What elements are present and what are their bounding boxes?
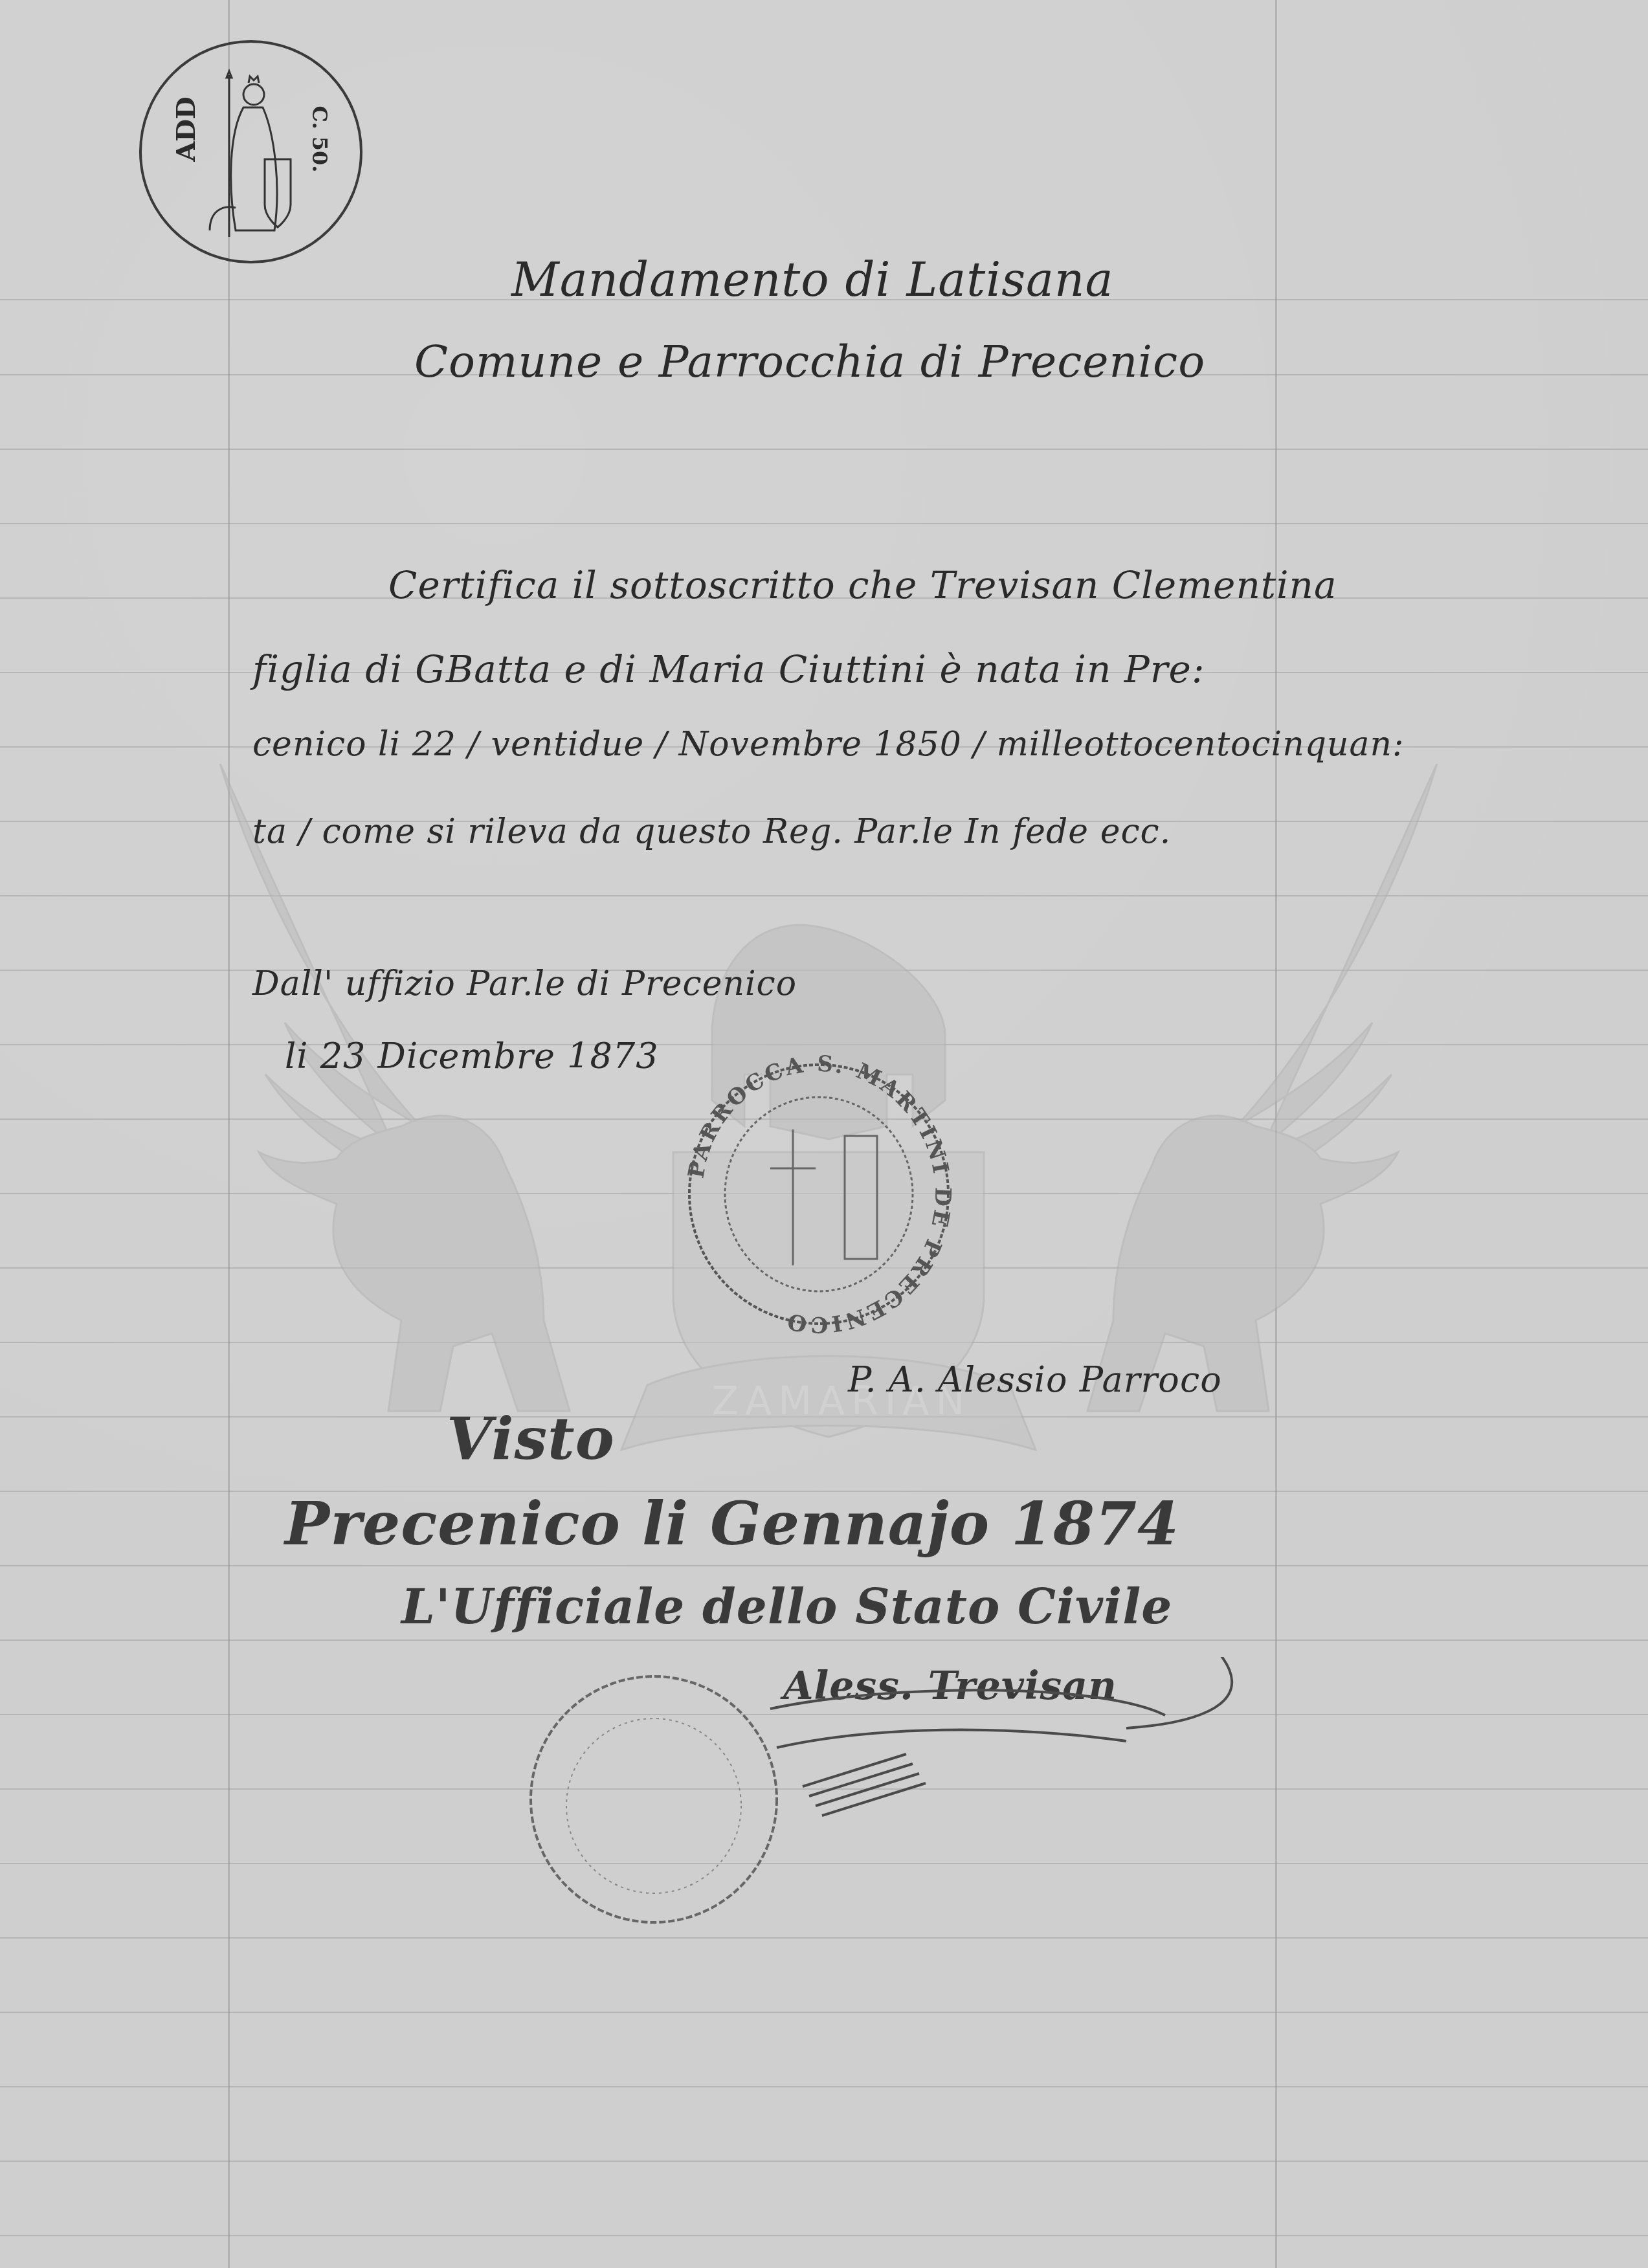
- revenue-stamp: ADD C. 50.: [139, 40, 362, 263]
- signature-flourish-icon: [764, 1657, 1282, 1851]
- civil-registry-stamp-icon: [511, 1670, 796, 1929]
- body-line-3: cenico li 22 / ventidue / Novembre 1850 …: [252, 725, 1404, 764]
- visto-place-date: Precenico li Gennajo 1874: [285, 1489, 1179, 1559]
- body-line-4: ta / come si rileva da questo Reg. Par.l…: [252, 812, 1171, 851]
- header-mandamento: Mandamento di Latisana: [511, 252, 1113, 307]
- parish-seal-icon: PARROCCA S. MARTINI DE PRECENICO: [663, 1052, 974, 1337]
- issued-date: li 23 Dicembre 1873: [285, 1036, 658, 1076]
- body-line-1: Certifica il sottoscritto che Trevisan C…: [388, 563, 1337, 607]
- header-comune-parrocchia: Comune e Parrocchia di Precenico: [414, 337, 1205, 388]
- italia-figure-icon: [203, 69, 300, 243]
- priest-signature: P. A. Alessio Parroco: [848, 1359, 1222, 1400]
- parish-seal: PARROCCA S. MARTINI DE PRECENICO: [663, 1052, 974, 1337]
- civil-officer-title: L'Ufficiale dello Stato Civile: [401, 1579, 1172, 1635]
- issued-place: Dall' uffizio Par.le di Precenico: [252, 964, 797, 1003]
- body-line-2: figlia di GBatta e di Maria Ciuttini è n…: [252, 647, 1205, 691]
- stamp-value: C. 50.: [308, 106, 333, 173]
- stamp-left-text: ADD: [171, 96, 201, 161]
- visto-label: Visto: [447, 1405, 615, 1473]
